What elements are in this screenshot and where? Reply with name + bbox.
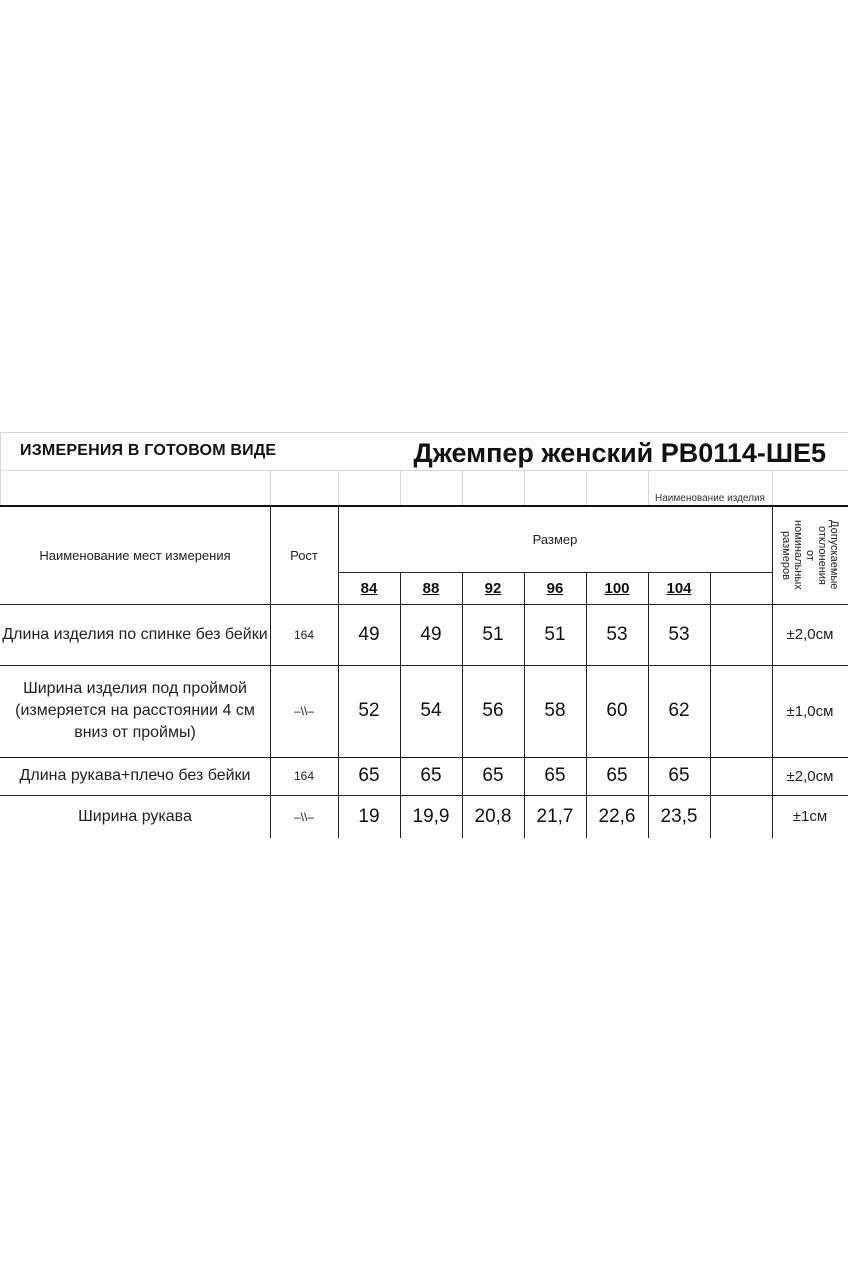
height-value: –\\– xyxy=(270,665,338,757)
measure-value: 22,6 xyxy=(586,795,648,838)
section-title: ИЗМЕРЕНИЯ В ГОТОВОМ ВИДЕ xyxy=(0,432,400,470)
product-title: Джемпер женский РВ0114-ШЕ5 xyxy=(380,432,848,474)
size-header-84: 84 xyxy=(338,572,400,604)
measure-name: Ширина рукава xyxy=(0,795,270,838)
measure-value: 51 xyxy=(524,604,586,665)
grid-line xyxy=(648,572,649,838)
measure-value: 65 xyxy=(462,757,524,795)
measure-value: 65 xyxy=(586,757,648,795)
tolerance-header-line: номинальных xyxy=(792,520,804,590)
measure-value: 52 xyxy=(338,665,400,757)
grid-line xyxy=(400,572,401,838)
measure-value: 53 xyxy=(648,604,710,665)
measure-value: 21,7 xyxy=(524,795,586,838)
tolerance-header-line: от xyxy=(804,520,816,590)
measure-name: Длина изделия по спинке без бейки xyxy=(0,604,270,665)
height-value: 164 xyxy=(270,757,338,795)
header-tolerance: Допускаемыеотклоненияотноминальныхразмер… xyxy=(772,506,848,604)
grid-line xyxy=(586,470,587,506)
tolerance-value: ±2,0см xyxy=(772,604,848,665)
header-height: Рост xyxy=(270,506,338,604)
grid-line xyxy=(338,572,772,573)
grid-line xyxy=(270,470,271,506)
measure-value: 20,8 xyxy=(462,795,524,838)
grid-line xyxy=(0,795,848,796)
measure-value: 56 xyxy=(462,665,524,757)
measure-value: 49 xyxy=(338,604,400,665)
grid-line xyxy=(400,470,401,506)
measure-value: 23,5 xyxy=(648,795,710,838)
size-header-100: 100 xyxy=(586,572,648,604)
grid-line xyxy=(648,470,649,506)
grid-line xyxy=(462,572,463,838)
height-value: 164 xyxy=(270,604,338,665)
measure-name: Длина рукава+плечо без бейки xyxy=(0,757,270,795)
product-name-label: Наименование изделия xyxy=(648,470,772,506)
grid-line xyxy=(0,757,848,758)
measure-value: 51 xyxy=(462,604,524,665)
tolerance-value: ±1,0см xyxy=(772,665,848,757)
tolerance-header-line: размеров xyxy=(780,520,792,590)
header-measure-name: Наименование мест измерения xyxy=(0,506,270,604)
grid-line xyxy=(710,572,711,838)
grid-line xyxy=(772,470,773,506)
measure-value: 19 xyxy=(338,795,400,838)
measure-name: Ширина изделия под проймой(измеряется на… xyxy=(0,665,270,757)
measure-value: 19,9 xyxy=(400,795,462,838)
grid-line xyxy=(338,506,339,838)
grid-line xyxy=(0,432,1,506)
size-header-104: 104 xyxy=(648,572,710,604)
measure-value: 53 xyxy=(586,604,648,665)
measure-value: 65 xyxy=(524,757,586,795)
tolerance-header-line: отклонения xyxy=(816,520,828,590)
grid-line xyxy=(462,470,463,506)
grid-line xyxy=(0,665,848,666)
tolerance-header-line: Допускаемые xyxy=(828,520,840,590)
height-value: –\\– xyxy=(270,795,338,838)
grid-line xyxy=(338,470,339,506)
tolerance-header-text: Допускаемыеотклоненияотноминальныхразмер… xyxy=(780,520,840,590)
grid-line xyxy=(772,506,773,838)
grid-line xyxy=(0,604,848,605)
size-header-88: 88 xyxy=(400,572,462,604)
size-chart: ИЗМЕРЕНИЯ В ГОТОВОМ ВИДЕ Джемпер женский… xyxy=(0,432,848,838)
grid-line xyxy=(270,506,271,838)
tolerance-value: ±2,0см xyxy=(772,757,848,795)
grid-line xyxy=(0,505,848,507)
header-size: Размер xyxy=(338,506,772,572)
grid-line xyxy=(0,432,848,433)
measure-value: 58 xyxy=(524,665,586,757)
measure-value: 65 xyxy=(400,757,462,795)
tolerance-value: ±1см xyxy=(772,795,848,838)
measure-value: 60 xyxy=(586,665,648,757)
grid-line xyxy=(0,470,848,471)
grid-line xyxy=(524,470,525,506)
measure-value: 49 xyxy=(400,604,462,665)
size-header-96: 96 xyxy=(524,572,586,604)
grid-line xyxy=(586,572,587,838)
grid-line xyxy=(524,572,525,838)
measure-value: 54 xyxy=(400,665,462,757)
measure-value: 62 xyxy=(648,665,710,757)
size-header-92: 92 xyxy=(462,572,524,604)
measure-value: 65 xyxy=(338,757,400,795)
measure-value: 65 xyxy=(648,757,710,795)
